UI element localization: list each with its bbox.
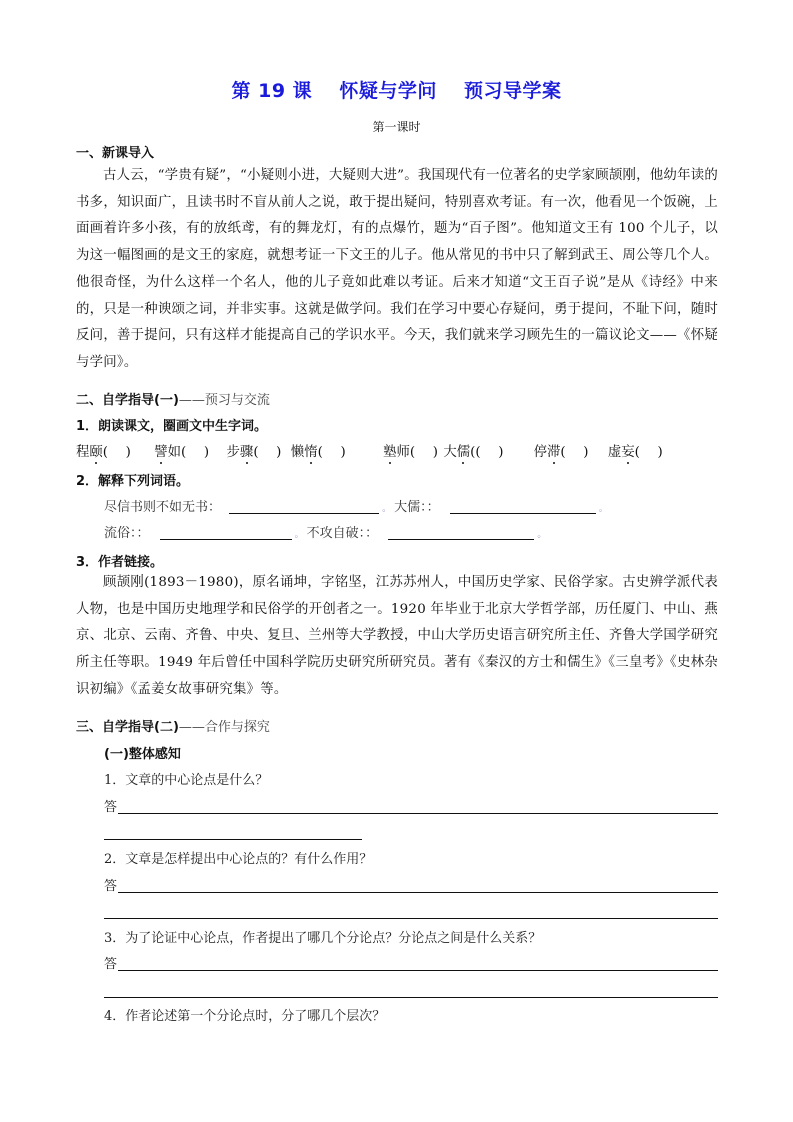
definition-row-2: 流俗：： 。不攻自破：： 。 xyxy=(104,522,549,541)
word-item: 懒惰( ) xyxy=(291,441,379,460)
answer-blank[interactable] xyxy=(229,499,379,514)
author-bio: 顾颉刚(1893－1980)，原名诵坤，字铭坚，江苏苏州人，中国历史学家、民俗学… xyxy=(76,570,718,704)
section3-heading: 三、自学指导(二)——合作与探究 xyxy=(76,716,270,735)
section2-heading-sub: ——预习与交流 xyxy=(179,393,270,408)
definition-row-1: 尽信书则不如无书： 。大儒：： 。 xyxy=(104,496,611,515)
answer-blank[interactable] xyxy=(388,525,534,540)
item3-label: 3．作者链接。 xyxy=(76,551,163,570)
answer-label: 答 xyxy=(104,796,117,815)
answer-line[interactable] xyxy=(118,892,718,893)
subsection-heading: (一)整体感知 xyxy=(104,743,181,762)
author-paragraph: 顾颉刚(1893－1980)，原名诵坤，字铭坚，江苏苏州人，中国历史学家、民俗学… xyxy=(76,570,718,704)
word-item: 虚妄( ) xyxy=(608,441,663,460)
term-label: 尽信书则不如无书： xyxy=(104,500,221,515)
answer-blank[interactable] xyxy=(450,499,596,514)
intro-paragraph: 古人云，“学贵有疑”，“小疑则小进，大疑则大进”。我国现代有一位著名的史学家顾颉… xyxy=(76,163,718,377)
answer-label: 答 xyxy=(104,953,117,972)
section1-intro: 古人云，“学贵有疑”，“小疑则小进，大疑则大进”。我国现代有一位著名的史学家顾颉… xyxy=(76,163,718,377)
section2-heading: 二、自学指导(一)——预习与交流 xyxy=(76,389,270,408)
question-2: 2．文章是怎样提出中心论点的？有什么作用？ xyxy=(104,848,372,867)
section3-heading-sub: ——合作与探究 xyxy=(179,720,270,735)
term-label: 不攻自破：： xyxy=(307,526,379,541)
answer-line[interactable] xyxy=(118,970,718,971)
page-title: 第 19 课 怀疑与学问 预习导学案 xyxy=(0,76,793,103)
answer-line[interactable] xyxy=(104,997,718,998)
word-item: 塾师( ) xyxy=(383,441,439,460)
question-1: 1．文章的中心论点是什么？ xyxy=(104,769,268,788)
item1-label: 1．朗读课文，圈画文中生字词。 xyxy=(76,415,267,434)
term-label: 流俗：： xyxy=(104,526,150,541)
section2-heading-main: 二、自学指导(一) xyxy=(76,393,179,408)
word-item: 停滞( ) xyxy=(534,441,604,460)
section3-heading-main: 三、自学指导(二) xyxy=(76,720,179,735)
section1-heading: 一、新课导入 xyxy=(76,142,154,161)
word-item: 譬如( ) xyxy=(154,441,222,460)
page-subtitle: 第一课时 xyxy=(0,118,793,135)
word-list: 程颐( ) 譬如( ) 步骤( ) 懒惰( ) 塾师( ) 大儒(( ) 停滞(… xyxy=(76,441,663,460)
doc-type: 预习导学案 xyxy=(464,80,562,102)
answer-line[interactable] xyxy=(118,813,718,814)
lesson-name: 怀疑与学问 xyxy=(339,80,437,102)
lesson-number: 第 19 课 xyxy=(232,80,313,102)
term-label: 大儒：： xyxy=(394,500,440,515)
answer-label: 答 xyxy=(104,875,117,894)
word-item: 程颐( ) xyxy=(76,441,144,460)
word-item: 步骤( ) xyxy=(227,441,287,460)
question-4: 4．作者论述第一个分论点时，分了哪几个层次？ xyxy=(104,1005,385,1024)
word-item: 大儒(( ) xyxy=(443,441,529,460)
answer-blank[interactable] xyxy=(160,525,292,540)
question-3: 3．为了论证中心论点，作者提出了哪几个分论点？分论点之间是什么关系？ xyxy=(104,927,541,946)
answer-line[interactable] xyxy=(104,918,718,919)
answer-line[interactable] xyxy=(104,839,362,840)
item2-label: 2．解释下列词语。 xyxy=(76,470,189,489)
